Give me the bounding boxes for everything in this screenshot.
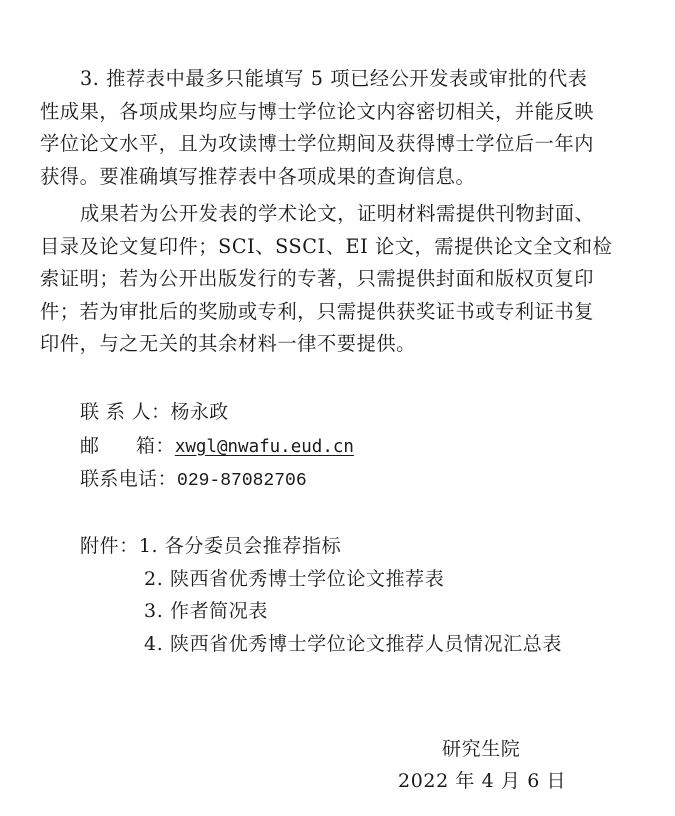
contact-person-row: 联 系 人：杨永政 [80,396,354,430]
contact-person-value: 杨永政 [170,401,228,423]
attachment-item: 4. 陕西省优秀博士学位论文推荐人员情况汇总表 [80,628,562,661]
paragraph-requirements: 3. 推荐表中最多只能填写 5 项已经公开发表或审批的代表 性成果，各项成果均应… [40,63,627,193]
attachments-label: 附件： [80,535,139,557]
contact-person-label: 联 系 人： [80,396,170,430]
attachment-item: 3. 作者简况表 [80,595,562,628]
attachment-item: 1. 各分委员会推荐指标 [139,535,341,557]
paragraph-line: 目录及论文复印件；SCI、SSCI、EI 论文，需提供论文全文和检 [40,231,627,264]
contact-email-label-1: 邮 [80,430,136,464]
paragraph-line: 成果若为公开发表的学术论文，证明材料需提供刊物封面、 [80,202,594,225]
contact-block: 联 系 人：杨永政 邮箱：xwgl@nwafu.eud.cn 联系电话：029-… [80,396,354,497]
paragraph-materials: 成果若为公开发表的学术论文，证明材料需提供刊物封面、 目录及论文复印件；SCI、… [40,198,627,361]
paragraph-line: 性成果，各项成果均应与博士学位论文内容密切相关，并能反映 [40,96,627,129]
attachments-list: 附件：1. 各分委员会推荐指标 2. 陕西省优秀博士学位论文推荐表 3. 作者简… [80,530,562,660]
contact-email-link[interactable]: xwgl@nwafu.eud.cn [175,437,354,457]
contact-phone-row: 联系电话：029-87082706 [80,463,354,497]
contact-email-label-2: 箱： [136,430,175,464]
paragraph-line: 获得。要准确填写推荐表中各项成果的查询信息。 [40,161,627,194]
contact-phone-label: 联系电话： [80,463,177,497]
paragraph-line: 索证明；若为公开出版发行的专著，只需提供封面和版权页复印 [40,263,627,296]
contact-email-row: 邮箱：xwgl@nwafu.eud.cn [80,430,354,464]
signature-date: 2022 年 4 月 6 日 [398,766,566,793]
paragraph-line: 3. 推荐表中最多只能填写 5 项已经公开发表或审批的代表 [80,67,588,90]
paragraph-line: 学位论文水平，且为攻读博士学位期间及获得博士学位后一年内 [40,128,627,161]
paragraph-line: 印件，与之无关的其余材料一律不要提供。 [40,328,627,361]
attachment-item: 2. 陕西省优秀博士学位论文推荐表 [80,563,562,596]
signature-org: 研究生院 [442,734,520,761]
contact-phone-value: 029-87082706 [177,471,307,491]
paragraph-line: 件；若为审批后的奖励或专利，只需提供获奖证书或专利证书复 [40,296,627,329]
